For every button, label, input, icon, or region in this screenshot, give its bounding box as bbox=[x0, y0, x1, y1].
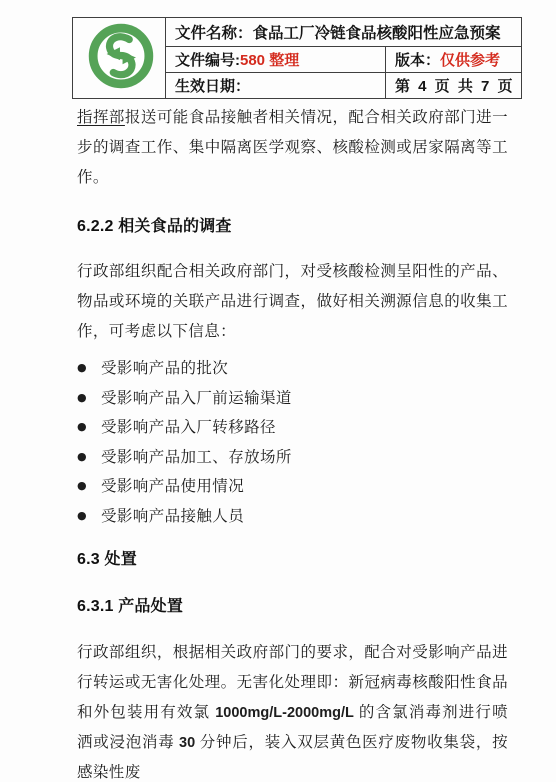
version-value: 仅供参考 bbox=[440, 52, 500, 69]
underlined-term: 指挥部 bbox=[77, 109, 125, 126]
bullet-text: 受影响产品接触人员 bbox=[101, 503, 244, 532]
heading-6-3: 6.3 处置 bbox=[77, 549, 508, 571]
doc-name-value: 食品工厂冷链食品核酸阳性应急预案 bbox=[253, 25, 501, 42]
paragraph-investigation: 行政部组织配合相关政府部门，对受核酸检测呈阳性的产品、物品或环境的关联产品进行调… bbox=[77, 257, 508, 347]
bullet-list: ●受影响产品的批次 ●受影响产品入厂前运输渠道 ●受影响产品入厂转移路径 ●受影… bbox=[77, 355, 508, 532]
doc-number-value: 580 整理 bbox=[240, 52, 299, 69]
bullet-text: 受影响产品的批次 bbox=[101, 355, 228, 384]
document-page: 文件名称：食品工厂冷链食品核酸阳性应急预案 文件编号:580 整理 版本：仅供参… bbox=[0, 0, 556, 782]
paragraph-report: 指挥部报送可能食品接触者相关情况，配合相关政府部门进一步的调查工作、集中隔离医学… bbox=[77, 103, 508, 193]
bullet-text: 受影响产品入厂转移路径 bbox=[101, 414, 276, 443]
bullet-text: 受影响产品使用情况 bbox=[101, 473, 244, 502]
chlorine-concentration-value: 1000mg/L-2000mg/L bbox=[215, 705, 354, 721]
bullet-item: ●受影响产品入厂前运输渠道 bbox=[77, 385, 508, 415]
header-row-doc-name: 文件名称：食品工厂冷链食品核酸阳性应急预案 bbox=[73, 18, 522, 47]
heading-6-3-1: 6.3.1 产品处置 bbox=[77, 596, 508, 618]
doc-number-cell: 文件编号:580 整理 bbox=[166, 47, 386, 73]
paragraph-report-text: 报送可能食品接触者相关情况，配合相关政府部门进一步的调查工作、集中隔离医学观察、… bbox=[77, 109, 508, 186]
bullet-marker-icon: ● bbox=[77, 413, 87, 442]
doc-name-cell: 文件名称：食品工厂冷链食品核酸阳性应急预案 bbox=[166, 18, 522, 47]
disinfect-minutes-value: 30 bbox=[179, 735, 195, 751]
header-table: 文件名称：食品工厂冷链食品核酸阳性应急预案 文件编号:580 整理 版本：仅供参… bbox=[72, 17, 522, 99]
bullet-marker-icon: ● bbox=[77, 502, 87, 531]
paragraph-disposal: 行政部组织，根据相关政府部门的要求，配合对受影响产品进行转运或无害化处理。无害化… bbox=[77, 638, 508, 782]
effective-date-label: 生效日期： bbox=[175, 78, 250, 95]
bullet-marker-icon: ● bbox=[77, 472, 87, 501]
bullet-item: ●受影响产品接触人员 bbox=[77, 503, 508, 533]
logo-cell bbox=[73, 18, 166, 99]
bullet-marker-icon: ● bbox=[77, 354, 87, 383]
bullet-marker-icon: ● bbox=[77, 443, 87, 472]
bullet-text: 受影响产品加工、存放场所 bbox=[101, 444, 292, 473]
bullet-item: ●受影响产品的批次 bbox=[77, 355, 508, 385]
bullet-item: ●受影响产品使用情况 bbox=[77, 473, 508, 503]
heading-6-2-2: 6.2.2 相关食品的调查 bbox=[77, 216, 508, 238]
content-area: 指挥部报送可能食品接触者相关情况，配合相关政府部门进一步的调查工作、集中隔离医学… bbox=[77, 103, 508, 782]
version-label: 版本： bbox=[395, 52, 440, 69]
bullet-text: 受影响产品入厂前运输渠道 bbox=[101, 385, 292, 414]
version-cell: 版本：仅供参考 bbox=[386, 47, 522, 73]
s-arrows-recycle-logo-icon bbox=[88, 23, 154, 89]
doc-number-label: 文件编号: bbox=[175, 52, 240, 69]
page-number-cell: 第 4 页 共 7 页 bbox=[386, 73, 522, 99]
bullet-item: ●受影响产品入厂转移路径 bbox=[77, 414, 508, 444]
doc-name-label: 文件名称： bbox=[175, 25, 253, 42]
page-number: 第 4 页 共 7 页 bbox=[395, 78, 515, 95]
bullet-item: ●受影响产品加工、存放场所 bbox=[77, 444, 508, 474]
bullet-marker-icon: ● bbox=[77, 384, 87, 413]
effective-date-cell: 生效日期： bbox=[166, 73, 386, 99]
